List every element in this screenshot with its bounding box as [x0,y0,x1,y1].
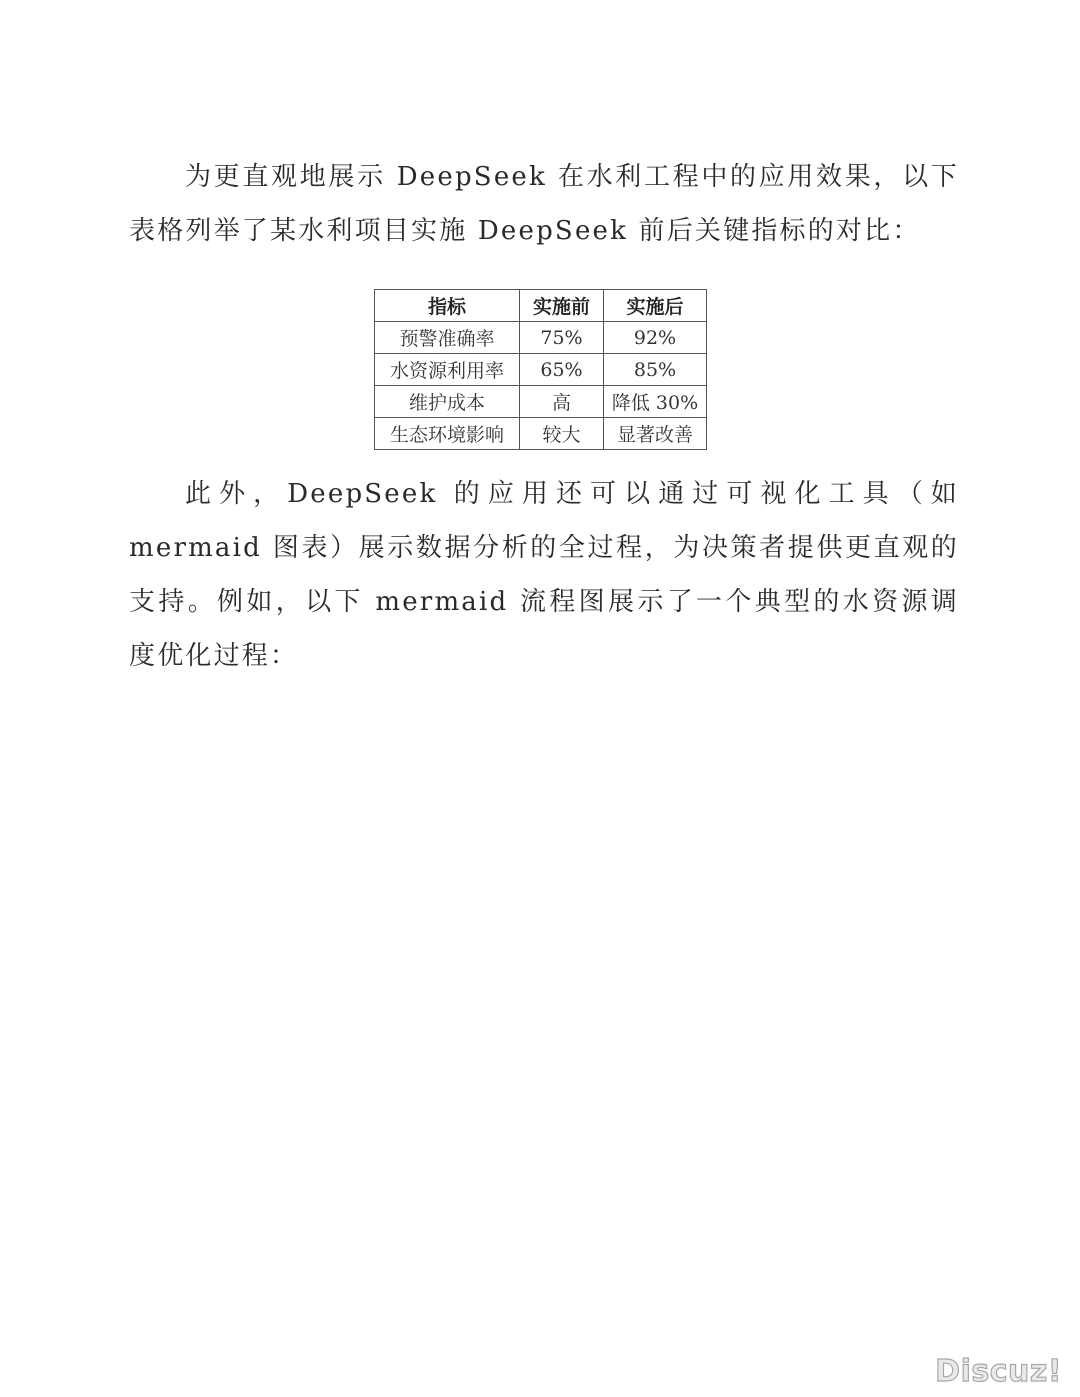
comparison-table: 指标 实施前 实施后 预警准确率 75% 92% 水资源利用率 65% 85% … [374,289,707,450]
header-before: 实施前 [520,290,604,322]
intro-paragraph: 为更直观地展示 DeepSeek 在水利工程中的应用效果，以下表格列举了某水利项… [129,150,959,258]
cell-after: 降低 30% [604,386,707,418]
table-row: 水资源利用率 65% 85% [375,354,707,386]
discuz-watermark: Discuz! [935,1354,1062,1389]
cell-metric: 水资源利用率 [375,354,520,386]
cell-after: 85% [604,354,707,386]
header-after: 实施后 [604,290,707,322]
mermaid-paragraph: 此外，DeepSeek 的应用还可以通过可视化工具（如 mermaid 图表）展… [129,467,959,683]
cell-after: 92% [604,322,707,354]
table-row: 生态环境影响 较大 显著改善 [375,418,707,450]
table-header-row: 指标 实施前 实施后 [375,290,707,322]
cell-after: 显著改善 [604,418,707,450]
cell-before: 高 [520,386,604,418]
header-metric: 指标 [375,290,520,322]
cell-metric: 预警准确率 [375,322,520,354]
cell-metric: 维护成本 [375,386,520,418]
table-row: 预警准确率 75% 92% [375,322,707,354]
cell-before: 75% [520,322,604,354]
cell-before: 较大 [520,418,604,450]
cell-before: 65% [520,354,604,386]
cell-metric: 生态环境影响 [375,418,520,450]
table-row: 维护成本 高 降低 30% [375,386,707,418]
